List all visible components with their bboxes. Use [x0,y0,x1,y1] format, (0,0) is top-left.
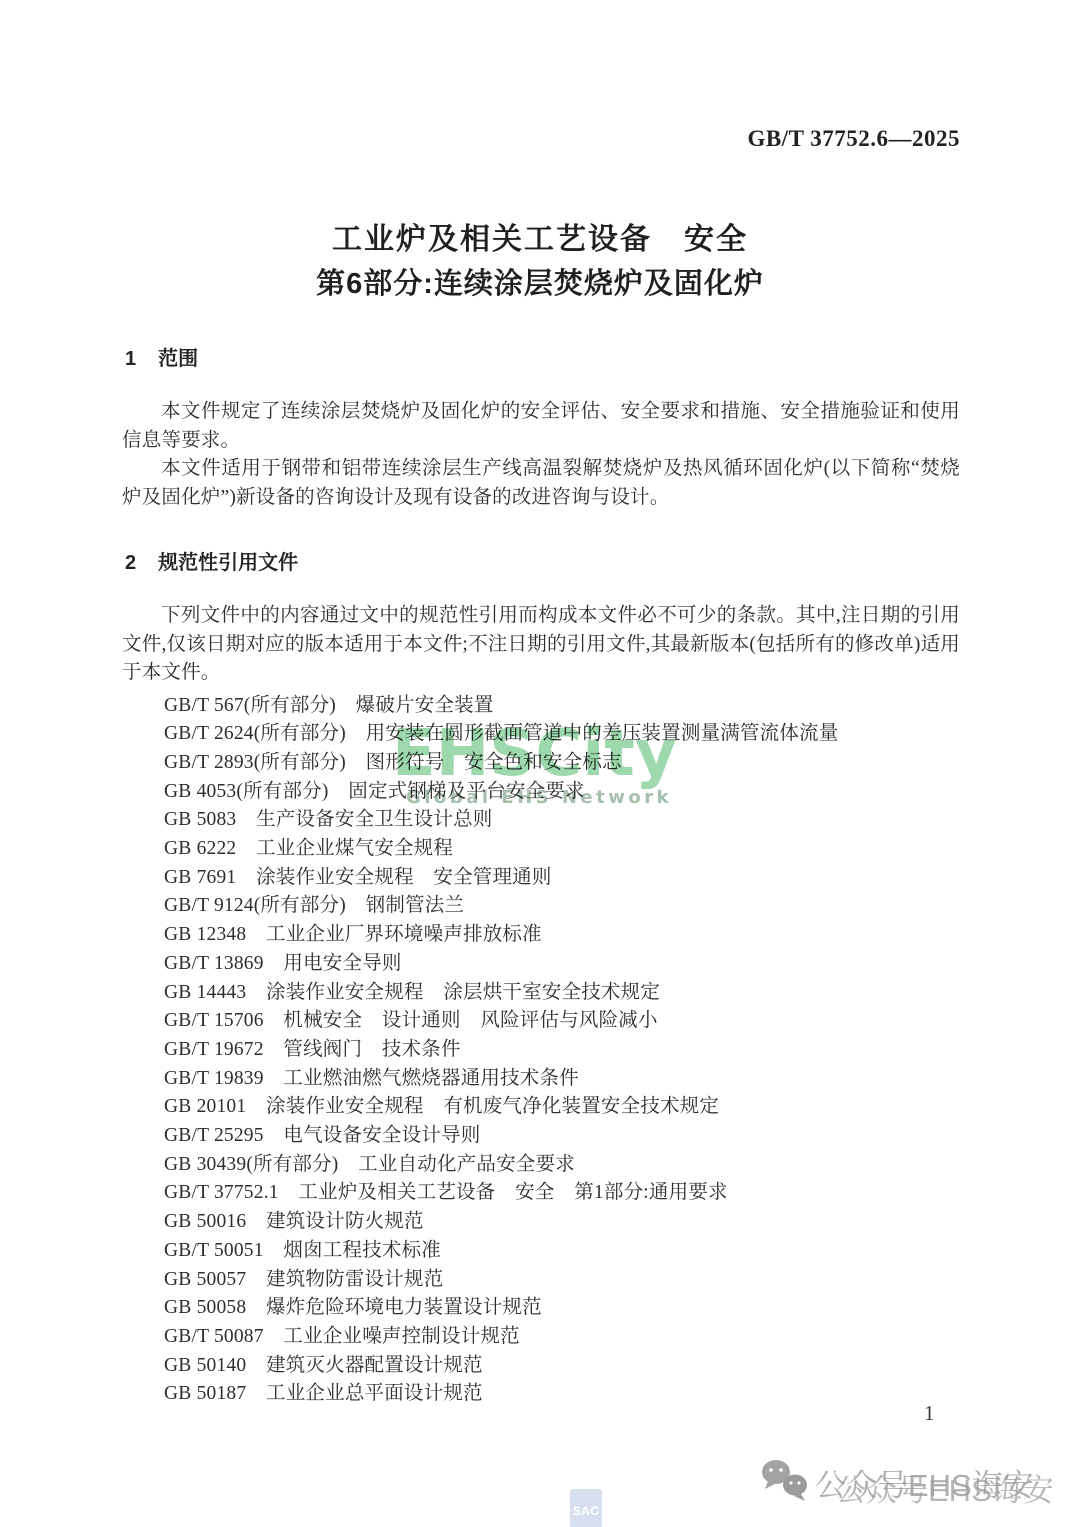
page-number: 1 [924,1401,935,1426]
reference-item: GB 6222 工业企业煤气安全规程 [164,835,960,864]
wechat-watermark-text-echo: 公众号EHS诲安 [835,1465,1054,1510]
reference-item: GB 50058 爆炸危险环境电力装置设计规范 [164,1294,960,1323]
reference-item: GB 20101 涂装作业安全规程 有机废气净化装置安全技术规定 [164,1093,960,1122]
reference-item: GB/T 50087 工业企业噪声控制设计规范 [164,1323,960,1352]
section-1-title: 范围 [158,348,198,370]
document-title-line1: 工业炉及相关工艺设备 安全 [0,218,1080,262]
wechat-watermark-text: 公众号EHS诲安 [815,1460,1034,1505]
reference-item: GB 7691 涂装作业安全规程 安全管理通则 [164,864,960,893]
reference-item: GB 30439(所有部分) 工业自动化产品安全要求 [164,1151,960,1180]
reference-item: GB/T 19672 管线阀门 技术条件 [164,1036,960,1065]
reference-item: GB/T 2624(所有部分) 用安装在圆形截面管道中的差压装置测量满管流体流量 [164,720,960,749]
section-1-paragraph-2: 本文件适用于钢带和铝带连续涂层生产线高温裂解焚烧炉及热风循环固化炉(以下简称“焚… [122,455,960,512]
section-2-title: 规范性引用文件 [158,552,298,574]
reference-item: GB/T 13869 用电安全导则 [164,950,960,979]
reference-item: GB/T 19839 工业燃油燃气燃烧器通用技术条件 [164,1065,960,1094]
reference-item: GB 50016 建筑设计防火规范 [164,1208,960,1237]
reference-item: GB/T 25295 电气设备安全设计导则 [164,1122,960,1151]
document-page: GB/T 37752.6—2025 工业炉及相关工艺设备 安全 第6部分:连续涂… [0,0,1080,1527]
document-body: 1范围 本文件规定了连续涂层焚烧炉及固化炉的安全评估、安全要求和措施、安全措施验… [122,346,960,1409]
wechat-icon [760,1458,812,1509]
section-2-paragraph-1: 下列文件中的内容通过文中的规范性引用而构成本文件必不可少的条款。其中,注日期的引… [122,602,960,688]
reference-item: GB/T 9124(所有部分) 钢制管法兰 [164,892,960,921]
reference-item: GB/T 50051 烟囱工程技术标准 [164,1237,960,1266]
sac-badge: SAC [570,1489,602,1527]
section-2-heading: 2规范性引用文件 [125,550,960,576]
section-1-number: 1 [125,346,136,372]
reference-item: GB 12348 工业企业厂界环境噪声排放标准 [164,921,960,950]
reference-item: GB 50140 建筑灭火器配置设计规范 [164,1352,960,1381]
standard-code: GB/T 37752.6—2025 [747,126,960,152]
reference-item: GB/T 2893(所有部分) 图形符号 安全色和安全标志 [164,749,960,778]
reference-item: GB/T 567(所有部分) 爆破片安全装置 [164,692,960,721]
document-title-line2: 第6部分:连续涂层焚烧炉及固化炉 [0,262,1080,306]
section-1-heading: 1范围 [125,346,960,372]
reference-item: GB 14443 涂装作业安全规程 涂层烘干室安全技术规定 [164,979,960,1008]
reference-item: GB/T 15706 机械安全 设计通则 风险评估与风险减小 [164,1007,960,1036]
reference-item: GB 4053(所有部分) 固定式钢梯及平台安全要求 [164,778,960,807]
reference-item: GB 50057 建筑物防雷设计规范 [164,1266,960,1295]
reference-item: GB 50187 工业企业总平面设计规范 [164,1380,960,1409]
section-2-number: 2 [125,550,136,576]
references-list: GB/T 567(所有部分) 爆破片安全装置GB/T 2624(所有部分) 用安… [122,692,960,1410]
reference-item: GB 5083 生产设备安全卫生设计总则 [164,806,960,835]
document-title: 工业炉及相关工艺设备 安全 第6部分:连续涂层焚烧炉及固化炉 [0,218,1080,306]
reference-item: GB/T 37752.1 工业炉及相关工艺设备 安全 第1部分:通用要求 [164,1179,960,1208]
sac-badge-label: SAC [573,1504,600,1518]
section-1-paragraph-1: 本文件规定了连续涂层焚烧炉及固化炉的安全评估、安全要求和措施、安全措施验证和使用… [122,398,960,455]
